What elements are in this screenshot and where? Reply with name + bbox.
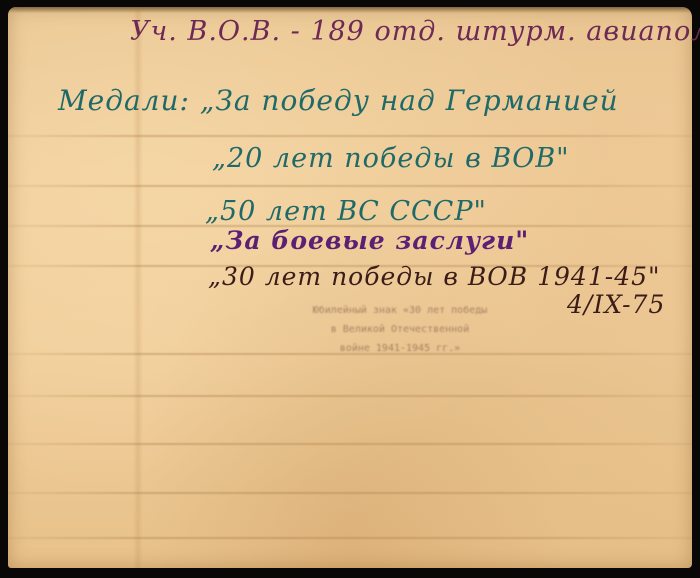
faded-stamp: Юбилейный знак «30 лет победы в Великой …: [260, 301, 540, 358]
ruled-line: [8, 443, 692, 445]
worn-top-edge: [8, 7, 692, 13]
ruled-line: [8, 537, 692, 539]
ruled-line: [8, 395, 692, 397]
unit-line: Уч. В.О.В. - 189 отд. штурм. авиапол: [130, 16, 700, 47]
stamp-line: войне 1941-1945 гг.»: [260, 339, 540, 358]
date-annotation: 4/IX-75: [567, 290, 665, 319]
medal-20-years-victory: „20 лет победы в ВОВ": [212, 143, 570, 174]
stamp-line: Юбилейный знак «30 лет победы: [260, 301, 540, 320]
document-scan: Уч. В.О.В. - 189 отд. штурм. авиапол Мед…: [0, 0, 700, 578]
ruled-line: [8, 185, 692, 187]
medals-intro-line: Медали: „За победу над Германией: [58, 84, 619, 117]
medal-30-years-victory: „30 лет победы в ВОВ 1941-45": [208, 262, 661, 291]
medal-combat-merit: „За боевые заслуги": [210, 226, 529, 255]
stamp-line: в Великой Отечественной: [260, 320, 540, 339]
ruled-line: [8, 135, 692, 137]
ruled-line: [8, 492, 692, 494]
medal-50-years-armed-forces: „50 лет ВС СССР": [205, 196, 487, 227]
